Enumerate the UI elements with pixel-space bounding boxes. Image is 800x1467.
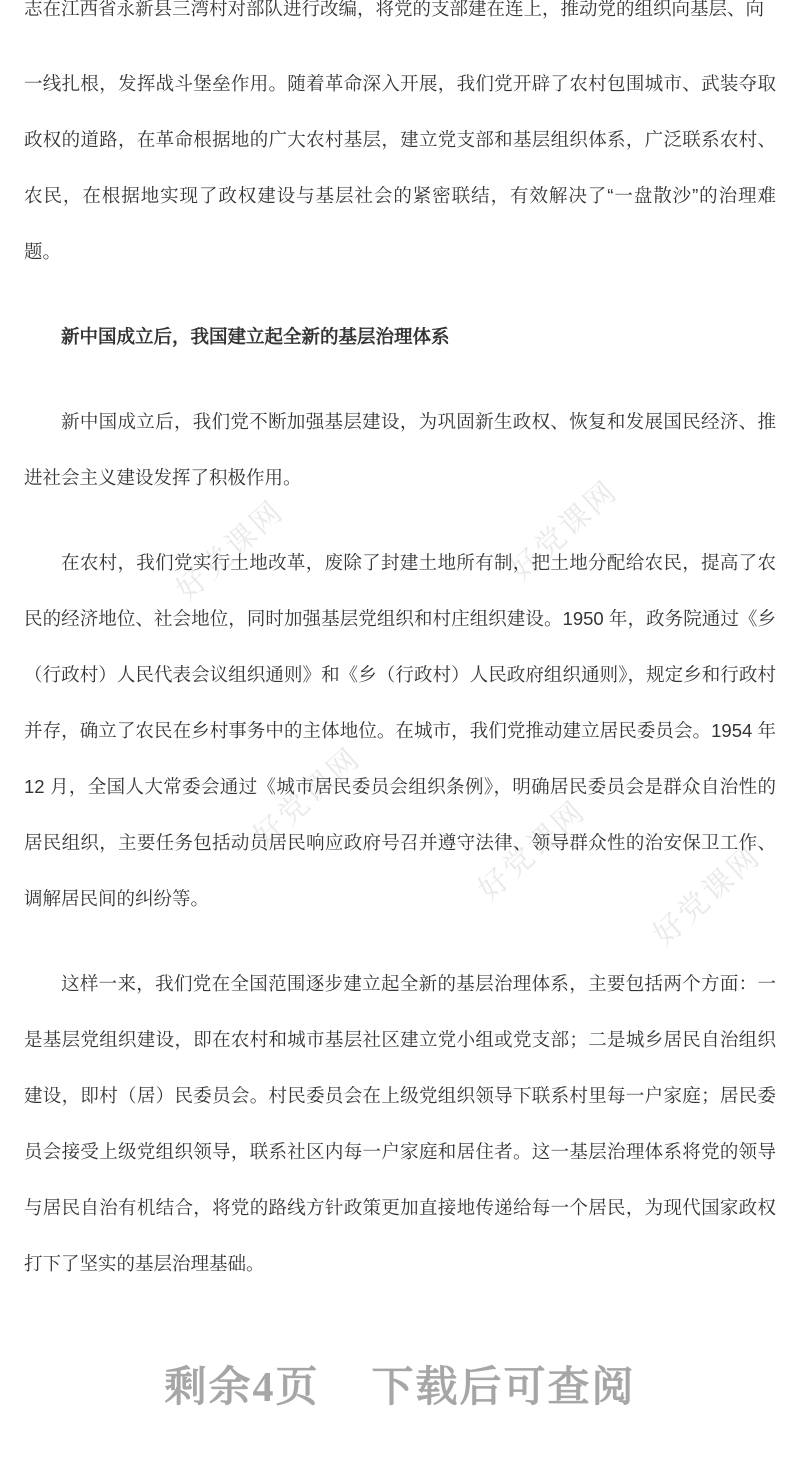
paragraph-4: 这样一来，我们党在全国范围逐步建立起全新的基层治理体系，主要包括两个方面：一是基…	[24, 956, 776, 1292]
document-page: 好党课网好党课网好党课网好党课网好党课网 志在江西省永新县三湾村对部队进行改编，…	[0, 0, 800, 1467]
paragraph-1-continuation: 一线扎根，发挥战斗堡垒作用。随着革命深入开展，我们党开辟了农村包围城市、武装夺取…	[24, 56, 776, 280]
paragraph-1-clipped-top-line: 志在江西省永新县三湾村对部队进行改编，将党的支部建在连上，推动党的组织向基层、向	[24, 0, 776, 20]
download-hint-label: 下载后可查阅	[372, 1365, 636, 1411]
document-content: 志在江西省永新县三湾村对部队进行改编，将党的支部建在连上，推动党的组织向基层、向…	[0, 0, 800, 1292]
paragraph-2: 新中国成立后，我们党不断加强基层建设，为巩固新生政权、恢复和发展国民经济、推进社…	[24, 394, 776, 506]
pages-remaining-label: 剩余4页	[164, 1365, 319, 1411]
paragraph-3: 在农村，我们党实行土地改革，废除了封建土地所有制，把土地分配给农民，提高了农民的…	[24, 535, 776, 927]
pages-remaining-banner: 剩余4页下载后可查阅	[0, 1367, 800, 1409]
section-heading: 新中国成立后，我国建立起全新的基层治理体系	[24, 309, 776, 365]
